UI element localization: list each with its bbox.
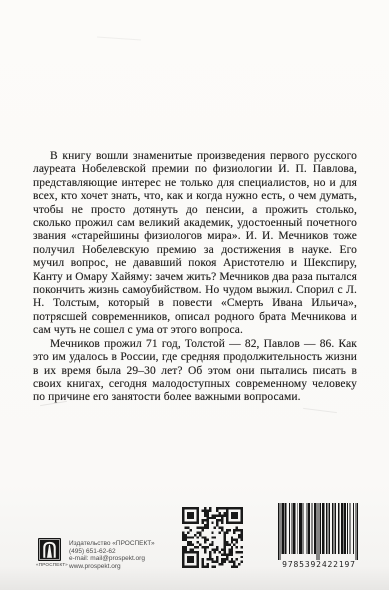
scan-scratch: [97, 36, 141, 40]
annotation-text-block: В книгу вошли знаменитые произведения пе…: [33, 150, 357, 405]
prospekt-gate-logo-icon: [38, 538, 61, 561]
publisher-email: e-mail: mail@prospekt.org: [69, 555, 155, 563]
barcode-bars-icon: [278, 503, 358, 560]
scan-scratch: [303, 408, 337, 413]
publisher-website: www.prospekt.org: [69, 563, 155, 571]
publisher-phone: (495) 651-62-62: [69, 548, 155, 556]
qr-code-icon: [182, 507, 243, 568]
book-back-cover: В книгу вошли знаменитые произведения пе…: [0, 0, 389, 590]
annotation-paragraph-1: В книгу вошли знаменитые произведения пе…: [33, 150, 357, 338]
barcode-number: 9785392422197: [279, 560, 359, 569]
isbn-barcode: 9785392422197: [278, 503, 358, 569]
publisher-logo-caption: «ПРОСПЕКТ»: [36, 562, 62, 567]
publisher-contact-lines: Издательство «ПРОСПЕКТ» (495) 651-62-62 …: [69, 538, 155, 571]
publisher-logo: «ПРОСПЕКТ»: [36, 538, 62, 567]
annotation-paragraph-2: Мечников прожил 71 год, Толстой — 82, Па…: [33, 338, 357, 405]
publisher-name: Издательство «ПРОСПЕКТ»: [69, 540, 155, 548]
publisher-block: «ПРОСПЕКТ» Издательство «ПРОСПЕКТ» (495)…: [36, 538, 155, 571]
